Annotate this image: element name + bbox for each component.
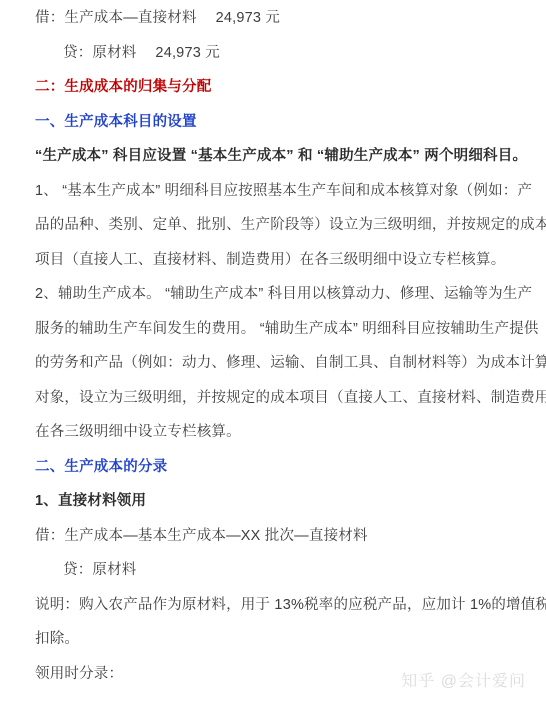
paragraph-auxiliary-cost-line-3: 的劳务和产品（例如：动力、修理、运输、自制工具、自制材料等）为成本计算 bbox=[35, 353, 520, 373]
paragraph-auxiliary-cost-line-4: 对象，设立为三级明细，并按规定的成本项目（直接人工、直接材料、制造费用） bbox=[35, 388, 520, 408]
zhihu-watermark: 知乎 @会计爱问 bbox=[401, 668, 526, 691]
document-page: 借：生产成本—直接材料 24,973 元 贷：原材料 24,973 元 二：生成… bbox=[0, 0, 546, 703]
subheading-direct-material-requisition: 1、直接材料领用 bbox=[35, 491, 520, 511]
note-vat-deduction-line-1: 说明：购入农产品作为原材料，用于 13%税率的应税产品，应加计 1%的增值税 bbox=[35, 595, 520, 615]
note-vat-deduction-line-2: 扣除。 bbox=[35, 629, 520, 649]
paragraph-auxiliary-cost-line-1: 2、辅助生产成本。 “辅助生产成本” 科目用以核算动力、修理、运输等为生产 bbox=[35, 284, 520, 304]
credit-entry-line-2: 贷：原材料 bbox=[35, 560, 520, 580]
paragraph-auxiliary-cost-line-5: 在各三级明细中设立专栏核算。 bbox=[35, 422, 520, 442]
paragraph-auxiliary-cost-line-2: 服务的辅助生产车间发生的费用。 “辅助生产成本” 明细科目应按辅助生产提供 bbox=[35, 319, 520, 339]
credit-entry-line: 贷：原材料 24,973 元 bbox=[35, 43, 520, 63]
heading-cost-collection-distribution: 二：生成成本的归集与分配 bbox=[35, 77, 520, 97]
paragraph-basic-production-cost-line-3: 项目（直接人工、直接材料、制造费用）在各三级明细中设立专栏核算。 bbox=[35, 250, 520, 270]
paragraph-basic-production-cost-line-2: 品的品种、类别、定单、批别、生产阶段等）设立为三级明细，并按规定的成本 bbox=[35, 215, 520, 235]
debit-entry-line-2: 借：生产成本—基本生产成本—XX 批次—直接材料 bbox=[35, 526, 520, 546]
heading-production-cost-entries: 二、生产成本的分录 bbox=[35, 457, 520, 477]
heading-cost-account-setup: 一、生产成本科目的设置 bbox=[35, 112, 520, 132]
debit-entry-line: 借：生产成本—直接材料 24,973 元 bbox=[35, 8, 520, 28]
paragraph-basic-production-cost-line-1: 1、 “基本生产成本” 明细科目应按照基本生产车间和成本核算对象（例如：产 bbox=[35, 181, 520, 201]
paragraph-account-setup-summary: “生产成本” 科目应设置 “基本生产成本” 和 “辅助生产成本” 两个明细科目。 bbox=[35, 146, 520, 166]
